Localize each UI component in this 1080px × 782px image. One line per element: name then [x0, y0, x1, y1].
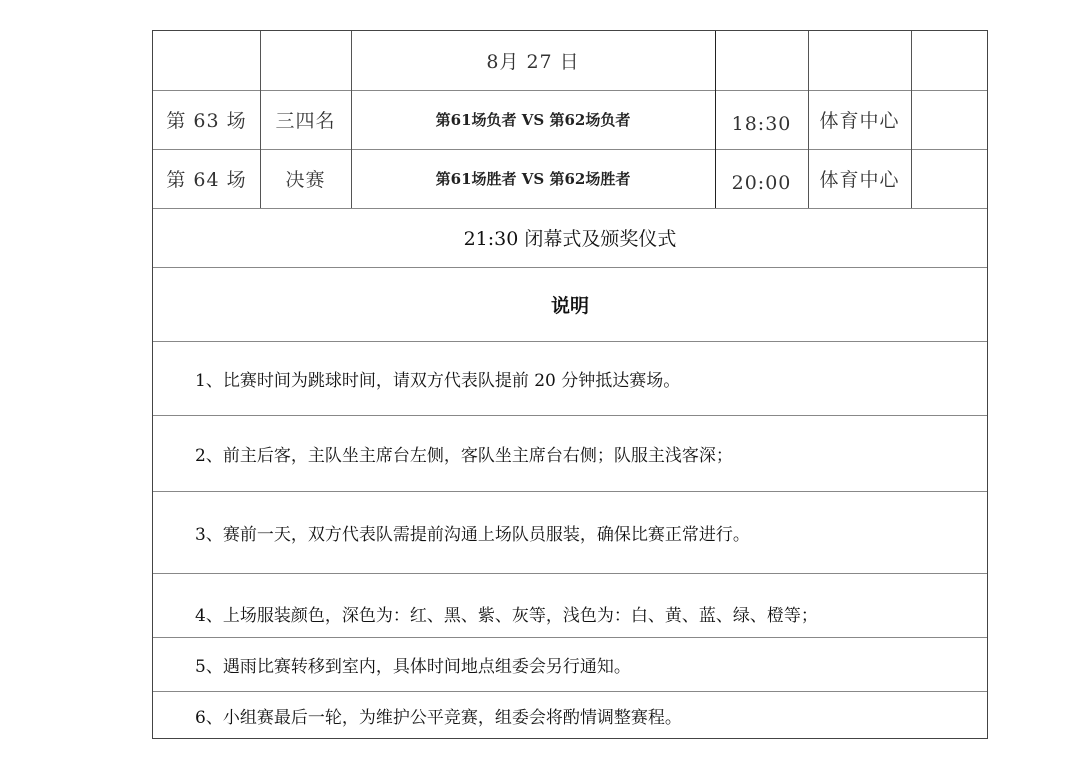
note-item: 6、小组赛最后一轮，为维护公平竞赛，组委会将酌情调整赛程。 — [153, 691, 987, 739]
note-item: 1、比赛时间为跳球时间，请双方代表队提前 20 分钟抵达赛场。 — [153, 341, 987, 415]
match-round: 决赛 — [260, 149, 351, 208]
match-teams: 第61场胜者 VS 第62场胜者 — [351, 149, 715, 208]
match-time: 20:00 — [715, 153, 808, 212]
match-teams: 第61场负者 VS 第62场负者 — [351, 90, 715, 149]
date-header: 8月 27 日 — [351, 31, 715, 90]
schedule-table: 8月 27 日 第 63 场 三四名 第61场负者 VS 第62场负者 18:3… — [152, 30, 988, 739]
ceremony-row: 21:30 闭幕式及颁奖仪式 — [153, 208, 987, 267]
match-number: 第 63 场 — [153, 90, 260, 149]
match-number: 第 64 场 — [153, 149, 260, 208]
match-time: 18:30 — [715, 94, 808, 153]
note-item: 4、上场服装颜色，深色为：红、黑、紫、灰等，浅色为：白、黄、蓝、绿、橙等； — [153, 587, 987, 639]
match-venue: 体育中心 — [808, 149, 911, 208]
col-divider — [911, 31, 912, 208]
note-item: 3、赛前一天，双方代表队需提前沟通上场队员服装，确保比赛正常进行。 — [153, 491, 987, 573]
notes-title: 说明 — [153, 267, 987, 341]
row-divider — [153, 573, 987, 574]
match-venue: 体育中心 — [808, 90, 911, 149]
note-item: 5、遇雨比赛转移到室内，具体时间地点组委会另行通知。 — [153, 637, 987, 691]
match-round: 三四名 — [260, 90, 351, 149]
note-item: 2、前主后客，主队坐主席台左侧，客队坐主席台右侧；队服主浅客深； — [153, 415, 987, 491]
